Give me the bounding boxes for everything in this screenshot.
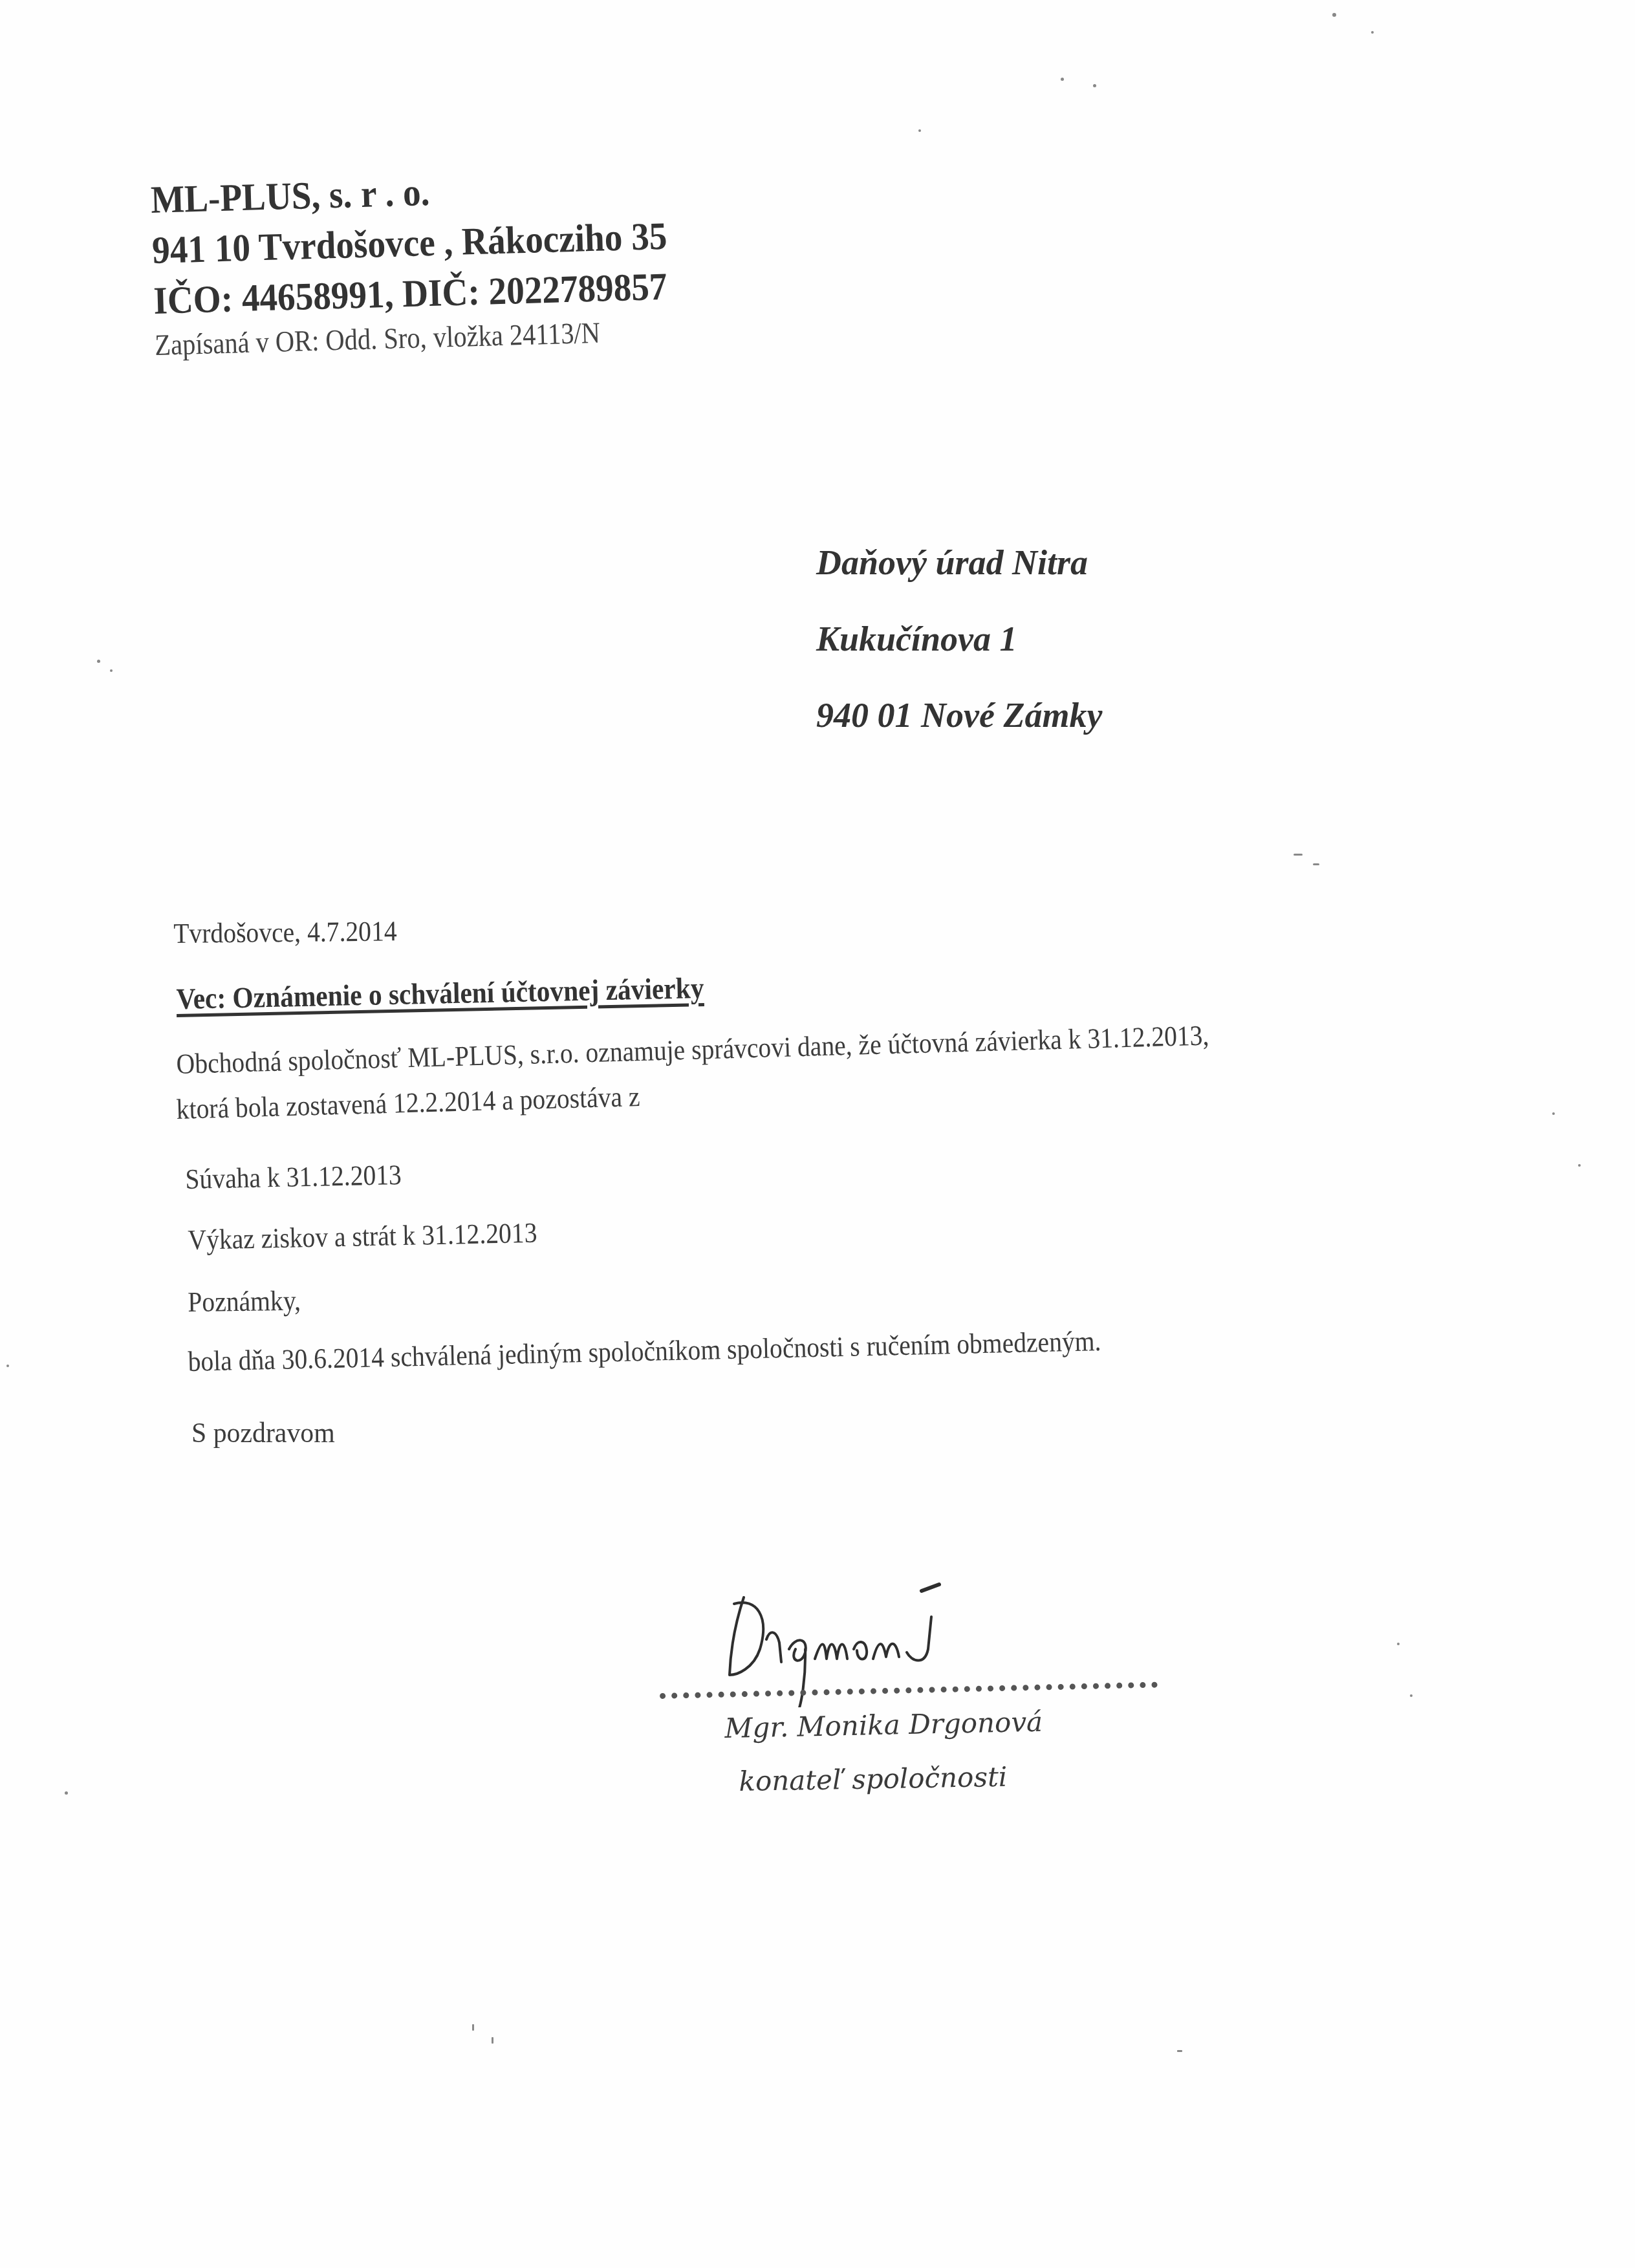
- scan-speck: [918, 129, 921, 132]
- scan-speck: [472, 2024, 474, 2031]
- item-income-statement: Výkaz ziskov a strát k 31.12.2013: [188, 1216, 537, 1257]
- approval-line: bola dňa 30.6.2014 schválená jediným spo…: [188, 1324, 1101, 1378]
- sender-header: ML-PLUS, s. r . o. 941 10 Tvrdošovce , R…: [150, 159, 715, 365]
- scan-speck: [1397, 1643, 1400, 1645]
- scan-speck: [110, 669, 113, 672]
- scan-speck: [492, 2037, 493, 2044]
- scan-speck: [1371, 31, 1374, 34]
- signatory-name: Mgr. Monika Drgonová: [724, 1706, 1043, 1744]
- scan-speck: [1332, 13, 1336, 17]
- scan-speck: [1410, 1694, 1413, 1697]
- item-notes: Poznámky,: [188, 1284, 301, 1319]
- recipient-city: 940 01 Nové Zámky: [816, 689, 1102, 766]
- scan-speck: [1552, 1112, 1555, 1115]
- body-line-1: Obchodná spoločnosť ML-PLUS, s.r.o. ozna…: [176, 1019, 1209, 1081]
- signatory-role: konateľ spoločnosti: [739, 1761, 1008, 1797]
- scan-speck: [1093, 84, 1096, 87]
- scan-speck: [1061, 78, 1064, 81]
- recipient-address: Daňový úrad Nitra Kukučínova 1 940 01 No…: [816, 537, 1102, 766]
- scan-speck: [1177, 2050, 1182, 2052]
- subject-line: Vec: Oznámenie o schválení účtovnej závi…: [176, 971, 704, 1016]
- closing-greeting: S pozdravom: [191, 1416, 335, 1449]
- scan-speck: [1294, 854, 1303, 856]
- scanned-letter-page: ML-PLUS, s. r . o. 941 10 Tvrdošovce , R…: [0, 0, 1635, 2268]
- item-balance-sheet: Súvaha k 31.12.2013: [185, 1158, 402, 1196]
- scan-speck: [1313, 863, 1319, 865]
- place-date: Tvrdošovce, 4.7.2014: [173, 914, 397, 950]
- recipient-name: Daňový úrad Nitra: [816, 537, 1102, 613]
- body-line-2: ktorá bola zostavená 12.2.2014 a pozostá…: [176, 1080, 640, 1126]
- scan-speck: [6, 1365, 9, 1367]
- scan-speck: [97, 660, 100, 663]
- scan-speck: [1578, 1164, 1581, 1167]
- scan-speck: [65, 1791, 68, 1795]
- recipient-street: Kukučínova 1: [816, 613, 1102, 689]
